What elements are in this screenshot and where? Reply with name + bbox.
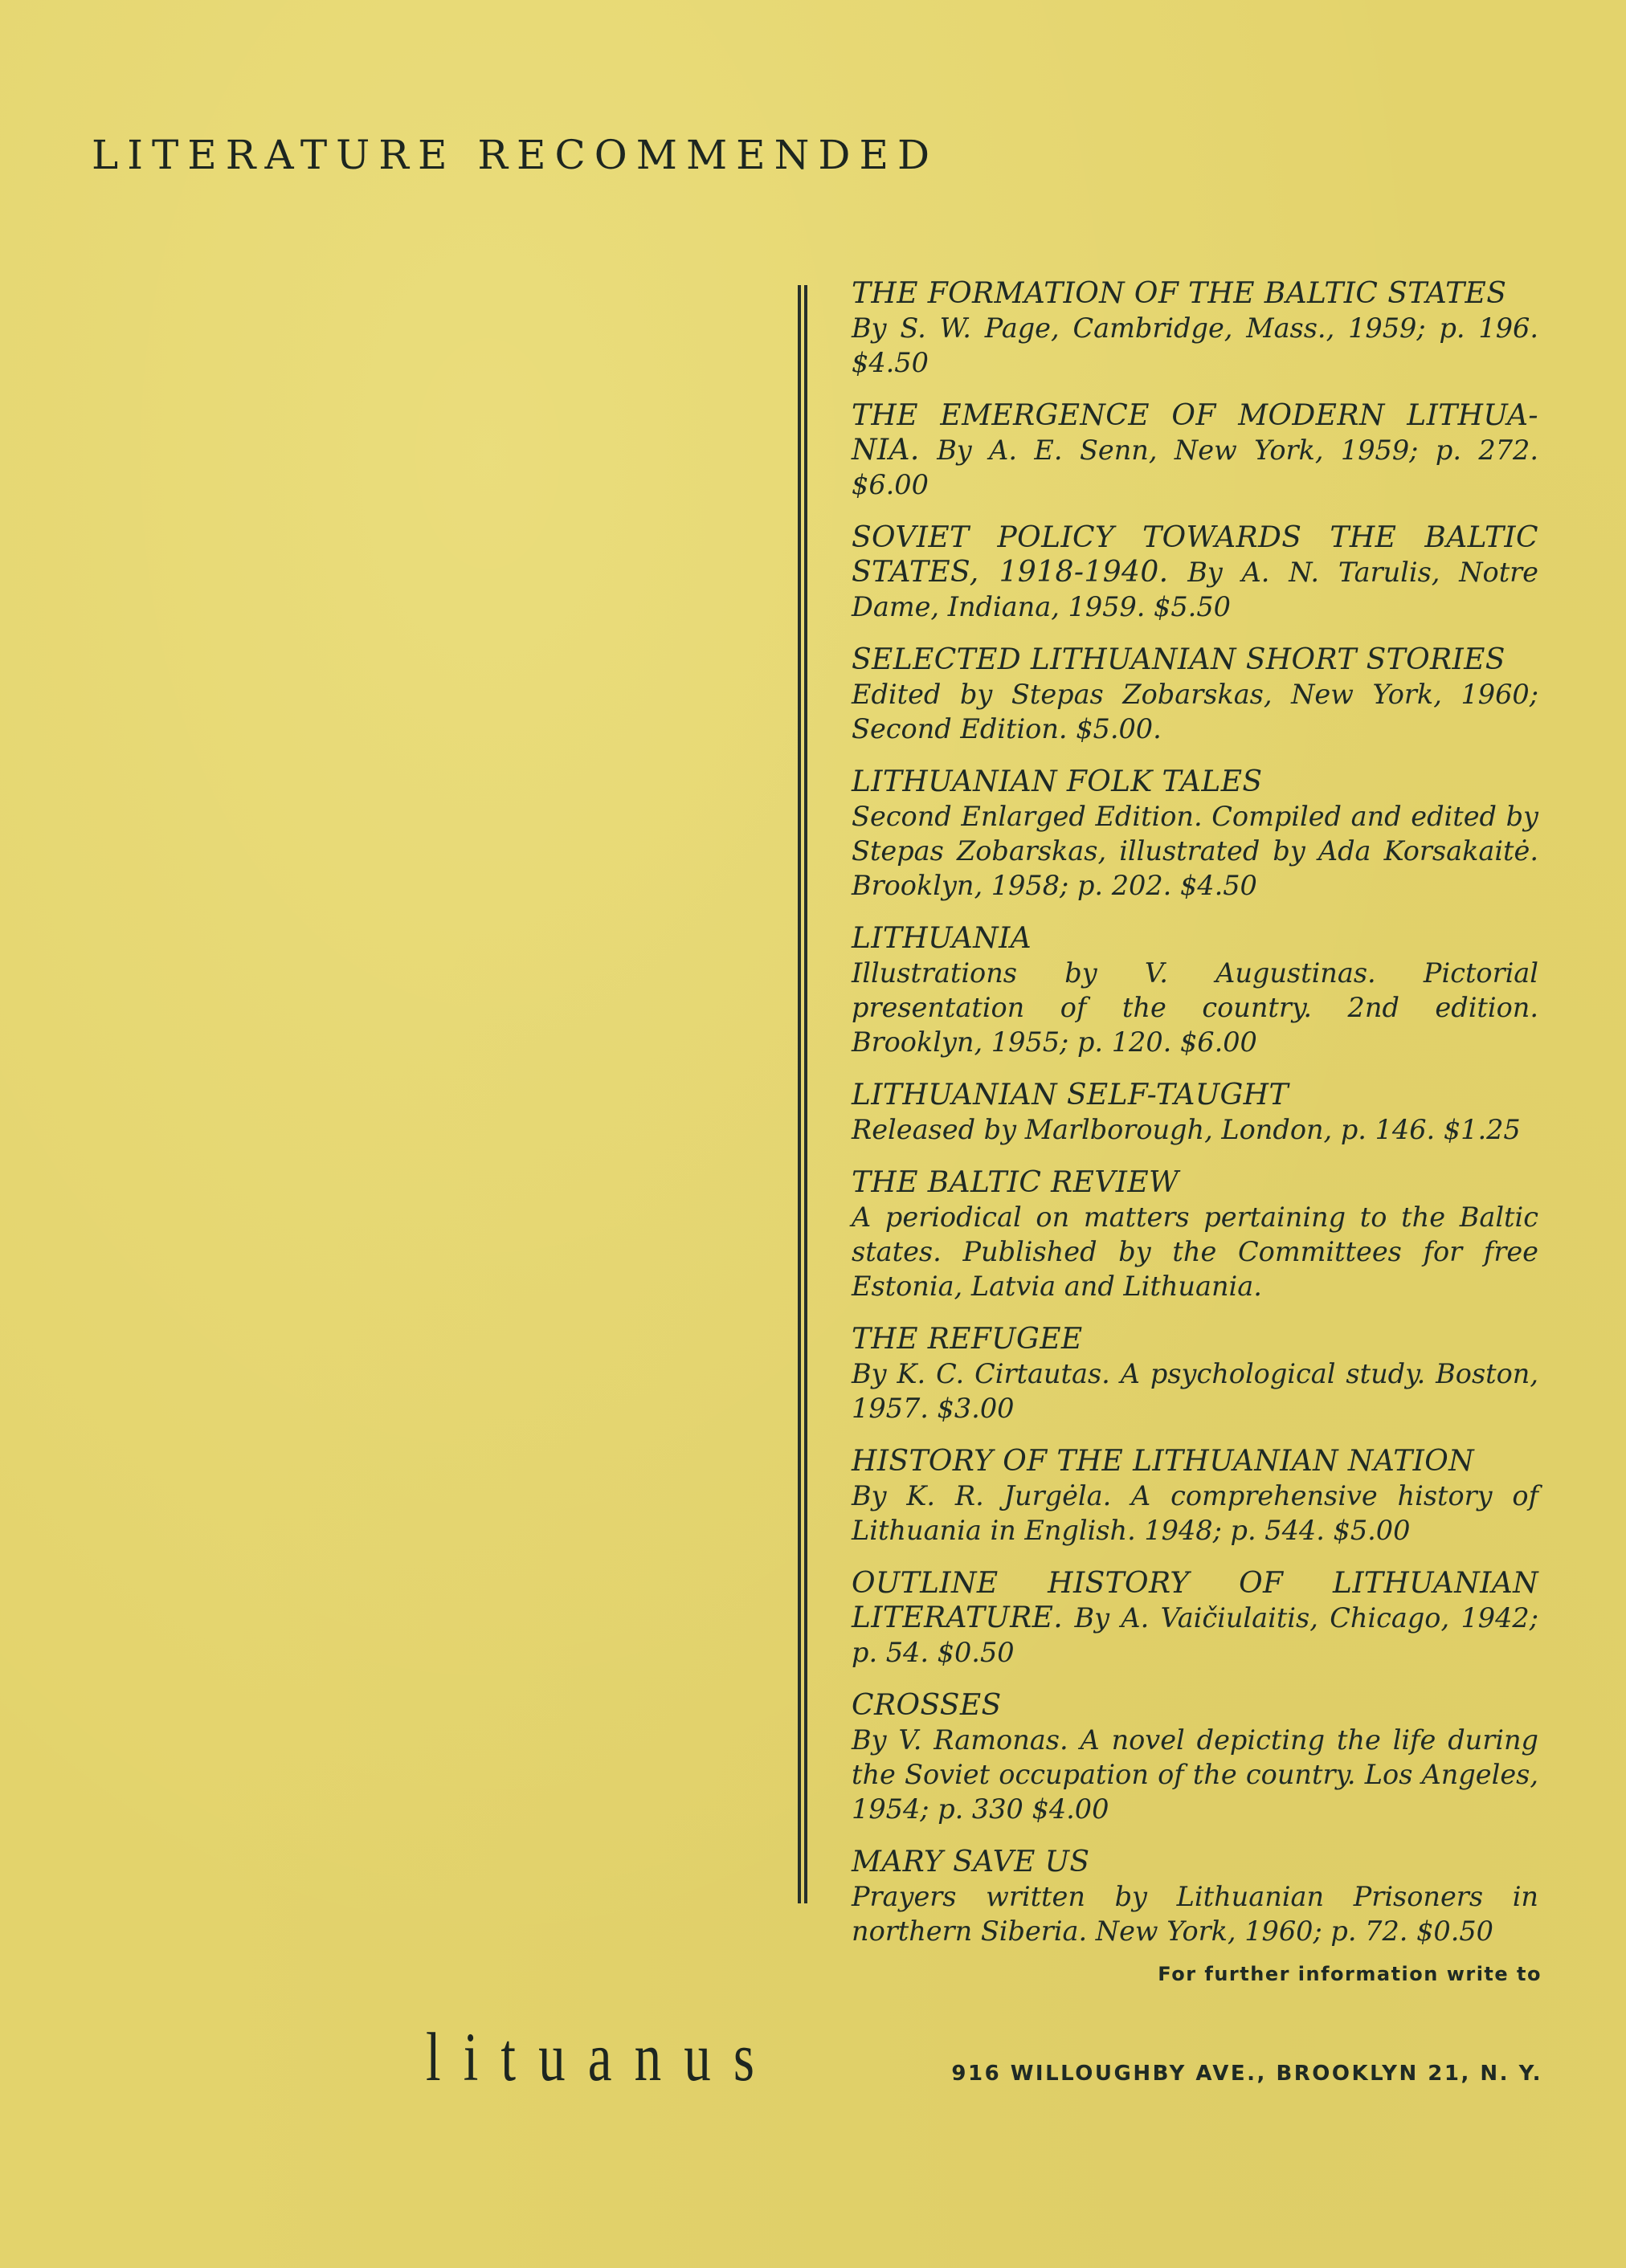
book-entry: SOVIET POLICY TOWARDS THE BALTIC STATES,… bbox=[852, 520, 1538, 624]
book-entry: CROSSES By V. Ramonas. A novel depicting… bbox=[852, 1688, 1538, 1826]
book-description: Released by Marlborough, London, p. 146.… bbox=[852, 1112, 1538, 1147]
book-title: THE BALTIC REVIEW bbox=[852, 1165, 1538, 1200]
book-entry: HISTORY OF THE LITHUANIAN NATION By K. R… bbox=[852, 1444, 1538, 1548]
book-description: A periodical on matters pertaining to th… bbox=[852, 1200, 1538, 1303]
book-title: LITHUANIAN FOLK TALES bbox=[852, 765, 1538, 799]
book-description: By V. Ramonas. A novel depicting the lif… bbox=[852, 1723, 1538, 1826]
publisher-footer: lituanus 916 WILLOUGHBY AVE., BROOKLYN 2… bbox=[426, 2022, 1542, 2095]
book-list: THE FORMATION OF THE BALTIC STATES By S.… bbox=[852, 276, 1538, 1967]
book-title: CROSSES bbox=[852, 1688, 1538, 1723]
book-entry: MARY SAVE US Prayers written by Lithuani… bbox=[852, 1845, 1538, 1948]
book-description: By S. W. Page, Cambridge, Mass., 1959; p… bbox=[852, 311, 1538, 380]
book-entry: LITHUANIAN SELF-TAUGHT Released by Marlb… bbox=[852, 1078, 1538, 1147]
book-description: Second Enlarged Edition. Compiled and ed… bbox=[852, 799, 1538, 903]
book-title: THE REFUGEE bbox=[852, 1322, 1538, 1356]
further-info-note: For further information write to bbox=[1158, 1963, 1542, 1985]
book-description: By A. E. Senn, New York, 1959; p. 272. $… bbox=[852, 434, 1538, 500]
book-entry: OUTLINE HISTORY OF LITHUANIAN LITERATURE… bbox=[852, 1566, 1538, 1670]
book-entry: LITHUANIAN FOLK TALES Second Enlarged Ed… bbox=[852, 765, 1538, 903]
double-vertical-rule bbox=[798, 285, 807, 1903]
book-description: Illustrations by V. Augustinas. Pictoria… bbox=[852, 956, 1538, 1059]
book-entry: SELECTED LITHUANIAN SHORT STORIES Edited… bbox=[852, 642, 1538, 746]
book-title: HISTORY OF THE LITHUANIAN NATION bbox=[852, 1444, 1538, 1479]
book-description: Prayers written by Lithuanian Prisoners … bbox=[852, 1879, 1538, 1948]
book-entry: THE BALTIC REVIEW A periodical on matter… bbox=[852, 1165, 1538, 1303]
book-description: By K. R. Jurgėla. A comprehensive histor… bbox=[852, 1479, 1538, 1548]
lituanus-logo: lituanus bbox=[426, 2022, 777, 2091]
book-description: By K. C. Cirtautas. A psychological stud… bbox=[852, 1356, 1538, 1426]
book-title: MARY SAVE US bbox=[852, 1845, 1538, 1879]
page-title: LITERATURE RECOMMENDED bbox=[92, 135, 938, 175]
book-title: THE FORMATION OF THE BALTIC STATES bbox=[852, 276, 1538, 311]
book-title: SELECTED LITHUANIAN SHORT STORIES bbox=[852, 642, 1538, 677]
book-entry: THE REFUGEE By K. C. Cirtautas. A psycho… bbox=[852, 1322, 1538, 1426]
book-description: Edited by Stepas Zobarskas, New York, 19… bbox=[852, 677, 1538, 746]
book-entry: THE FORMATION OF THE BALTIC STATES By S.… bbox=[852, 276, 1538, 380]
publisher-address: 916 WILLOUGHBY AVE., BROOKLYN 21, N. Y. bbox=[951, 2062, 1542, 2086]
book-title: LITHUANIAN SELF-TAUGHT bbox=[852, 1078, 1538, 1112]
book-title: LITHUANIA bbox=[852, 921, 1538, 956]
book-entry: LITHUANIA Illustrations by V. Augustinas… bbox=[852, 921, 1538, 1059]
book-entry: THE EMERGENCE OF MODERN LITHUA-NIA. By A… bbox=[852, 398, 1538, 502]
